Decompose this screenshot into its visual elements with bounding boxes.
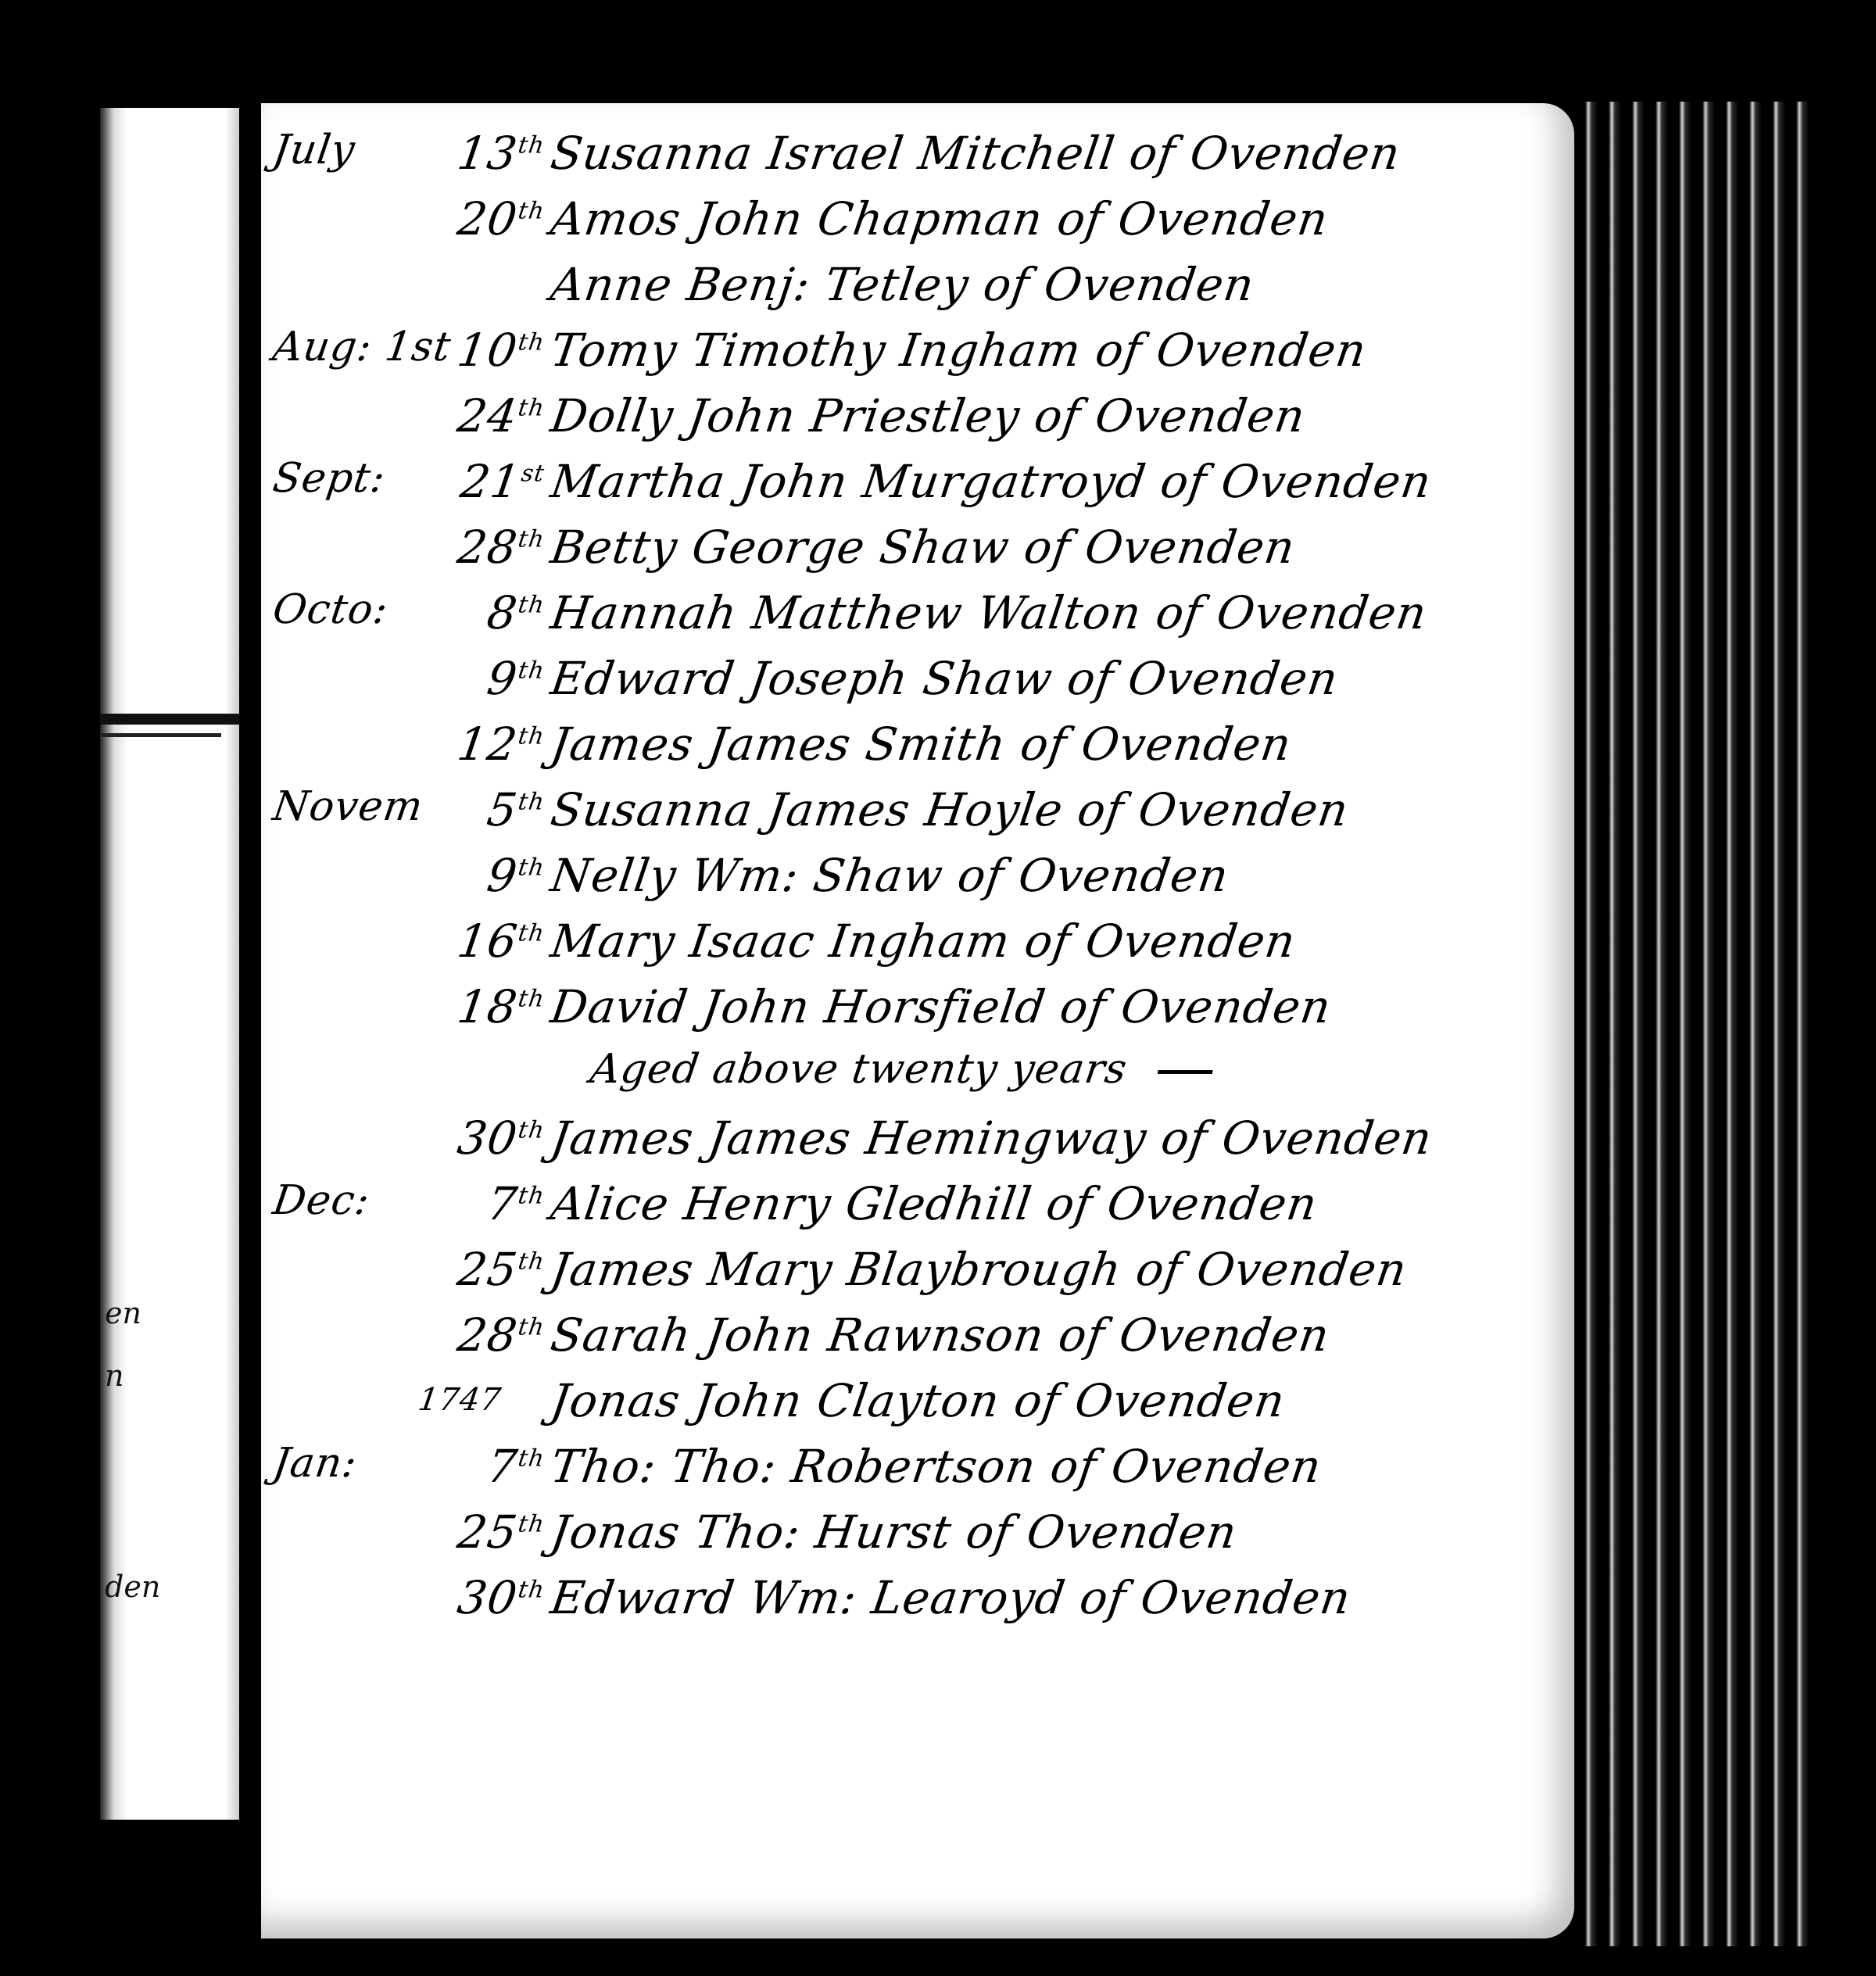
entry-names: Anne Benj: Tetley of Ovenden [547,258,1258,311]
parent-name: John Rawnson [703,1308,1047,1362]
register-entry: 1747Jonas John Clayton of Ovenden [256,1374,1548,1440]
margin-fragment: n [105,1358,124,1393]
entry-day: 10th [446,324,547,377]
place: of Ovenden [1092,324,1369,377]
child-name: Amos [547,192,684,245]
register-entry: Dec:7thAlice Henry Gledhill of Ovenden [256,1177,1548,1243]
register-entry: Novem5thSusanna James Hoyle of Ovenden [256,783,1548,849]
note-text: Aged above twenty years [587,1046,1215,1093]
child-name: Nelly [547,849,680,902]
entry-names: Amos John Chapman of Ovenden [547,192,1331,245]
entry-names: James James Hemingway of Ovenden [547,1111,1435,1165]
register-entry: 9thEdward Joseph Shaw of Ovenden [256,652,1548,718]
entry-month: Sept: [270,455,456,502]
register-entry: July13thSusanna Israel Mitchell of Ovend… [256,127,1548,192]
entry-names: Jonas Tho: Hurst of Ovenden [547,1505,1241,1559]
register-entry: Octo:8thHannah Matthew Walton of Ovenden [256,586,1548,652]
entry-day: 5th [446,783,547,836]
child-name: Edward [547,1571,738,1624]
parent-name: Matthew Walton [749,586,1145,639]
place: of Ovenden [1076,1571,1354,1624]
entry-day: 25th [446,1243,547,1296]
entry-names: Betty George Shaw of Ovenden [547,521,1298,574]
place: of Ovenden [1021,521,1298,574]
child-name: Susanna [547,783,756,836]
place: of Ovenden [1031,389,1309,442]
entry-names: Tho: Tho: Robertson of Ovenden [547,1440,1325,1493]
register-entry: Jan:7thTho: Tho: Robertson of Ovenden [256,1440,1548,1505]
entry-day: 25th [446,1505,547,1559]
place: of Ovenden [963,1505,1241,1559]
register-entry: 16thMary Isaac Ingham of Ovenden [256,915,1548,980]
entry-day: 28th [446,521,547,574]
child-name: Tho: [547,1440,660,1493]
entry-day: 21st [446,455,547,508]
register-entry: 30thEdward Wm: Learoyd of Ovenden [256,1571,1548,1637]
entry-month: Octo: [270,586,456,633]
entry-names: Sarah John Rawnson of Ovenden [547,1308,1333,1362]
register-entry: 28thBetty George Shaw of Ovenden [256,521,1548,586]
place: of Ovenden [954,849,1232,902]
margin-fragment: den [105,1570,160,1604]
entry-day: 20th [446,192,547,245]
parent-name: Henry Gledhill [681,1177,1036,1230]
entry-names: James Mary Blaybrough of Ovenden [547,1243,1410,1296]
parent-name: James Smith [705,718,1010,771]
register-entry: Anne Benj: Tetley of Ovenden [256,258,1548,324]
parent-name: Benj: Tetley [684,258,972,311]
child-name: Jonas [547,1505,683,1559]
parent-name: James Hoyle [764,783,1067,836]
entry-names: Martha John Murgatroyd of Ovenden [547,455,1434,508]
child-name: Edward [547,652,738,705]
entry-names: Mary Isaac Ingham of Ovenden [547,915,1299,968]
parent-name: Mary Blaybrough [705,1243,1126,1296]
register-entry: Aug: 1st10thTomy Timothy Ingham of Ovend… [256,324,1548,389]
register-entry: 18thDavid John Horsfield of Ovenden [256,980,1548,1046]
register-entry: 30thJames James Hemingway of Ovenden [256,1111,1548,1177]
entry-names: Tomy Timothy Ingham of Ovenden [547,324,1369,377]
place: of Ovenden [1133,1243,1410,1296]
register-entry: Sept:21stMartha John Murgatroyd of Ovend… [256,455,1548,521]
place: of Ovenden [1153,586,1430,639]
entry-day: 24th [446,389,547,442]
entry-names: Edward Wm: Learoyd of Ovenden [547,1571,1354,1624]
child-name: Dolly [547,389,677,442]
entry-names: Nelly Wm: Shaw of Ovenden [547,849,1232,902]
parent-name: John Clayton [692,1374,1004,1427]
entry-day: 9th [446,849,547,902]
entry-day: 8th [446,586,547,639]
margin-fragment: en [105,1296,141,1330]
place: of Ovenden [1158,455,1435,508]
register-entry: 9thNelly Wm: Shaw of Ovenden [256,849,1548,915]
parent-name: John Chapman [692,192,1046,245]
entry-month: July [270,127,456,174]
register-page: July13thSusanna Israel Mitchell of Ovend… [261,103,1574,1938]
entry-month: Jan: [270,1440,456,1487]
entry-names: Hannah Matthew Walton of Ovenden [547,586,1430,639]
entry-day: 7th [446,1440,547,1493]
register-entry: 20thAmos John Chapman of Ovenden [256,192,1548,258]
place: of Ovenden [1057,980,1334,1033]
entry-names: Susanna James Hoyle of Ovenden [547,783,1352,836]
child-name: Hannah [547,586,740,639]
entry-names: David John Horsfield of Ovenden [547,980,1334,1033]
child-name: Sarah [547,1308,695,1362]
entry-day: 7th [446,1177,547,1230]
place: of Ovenden [1074,783,1352,836]
entry-day: 28th [446,1308,547,1362]
place: of Ovenden [1064,652,1341,705]
register-note: Aged above twenty years [256,1046,1548,1111]
parent-name: Joseph Shaw [746,652,1056,705]
entry-names: James James Smith of Ovenden [547,718,1294,771]
register-entry: 25thJonas Tho: Hurst of Ovenden [256,1505,1548,1571]
parent-name: John Murgatroyd [737,455,1150,508]
ruled-line [100,714,239,725]
parent-name: Timothy Ingham [689,324,1085,377]
place: of Ovenden [1158,1111,1435,1165]
page-fore-edge [1574,102,1809,1946]
place: of Ovenden [1017,718,1294,771]
entry-month: Aug: 1st [270,324,456,370]
place: of Ovenden [1055,1308,1333,1362]
child-name: David [547,980,691,1033]
child-name: Tomy [547,324,680,377]
parent-name: John Priestley [685,389,1023,442]
parent-name: Wm: Learoyd [746,1571,1069,1624]
parent-name: George Shaw [689,521,1013,574]
child-name: James [547,718,696,771]
register-entry: 12thJames James Smith of Ovenden [256,718,1548,783]
parent-name: Wm: Shaw [688,849,947,902]
place: of Ovenden [1126,127,1404,180]
place: of Ovenden [1047,1440,1325,1493]
child-name: James [547,1111,696,1165]
entry-day: 9th [446,652,547,705]
place: of Ovenden [1044,1177,1321,1230]
facing-page: en n den [100,108,239,1820]
entry-names: Jonas John Clayton of Ovenden [547,1374,1288,1427]
register-entry: 24thDolly John Priestley of Ovenden [256,389,1548,455]
parent-name: Tho: Robertson [668,1440,1040,1493]
entry-names: Edward Joseph Shaw of Ovenden [547,652,1341,705]
entry-day: 30th [446,1571,547,1624]
child-name: Susanna [547,127,756,180]
register-entry: 25thJames Mary Blaybrough of Ovenden [256,1243,1548,1308]
place: of Ovenden [1054,192,1331,245]
entry-day: 13th [446,127,547,180]
child-name: James [547,1243,696,1296]
entry-names: Dolly John Priestley of Ovenden [547,389,1309,442]
entry-day: 30th [446,1111,547,1165]
place: of Ovenden [1022,915,1299,968]
entry-day: 18th [446,980,547,1033]
entry-day: 16th [446,915,547,968]
child-name: Mary [547,915,678,968]
entry-day: 12th [446,718,547,771]
entry-month: Dec: [270,1177,456,1224]
parent-name: Tho: Hurst [692,1505,955,1559]
ruled-line [100,733,221,737]
register-entry: 28thSarah John Rawnson of Ovenden [256,1308,1548,1374]
parent-name: Israel Mitchell [764,127,1119,180]
child-name: Martha [547,455,729,508]
place: of Ovenden [980,258,1258,311]
parent-name: John Horsfield [699,980,1049,1033]
register-entries: July13thSusanna Israel Mitchell of Ovend… [261,127,1543,1637]
parent-name: James Hemingway [705,1111,1151,1165]
place: of Ovenden [1011,1374,1288,1427]
child-name: Alice [547,1177,672,1230]
entry-names: Susanna Israel Mitchell of Ovenden [547,127,1404,180]
child-name: Anne [547,258,675,311]
parent-name: Isaac Ingham [686,915,1014,968]
child-name: Betty [547,521,681,574]
entry-names: Alice Henry Gledhill of Ovenden [547,1177,1320,1230]
entry-month: Novem [270,783,456,830]
child-name: Jonas [547,1374,683,1427]
dash-mark [1158,1070,1213,1074]
